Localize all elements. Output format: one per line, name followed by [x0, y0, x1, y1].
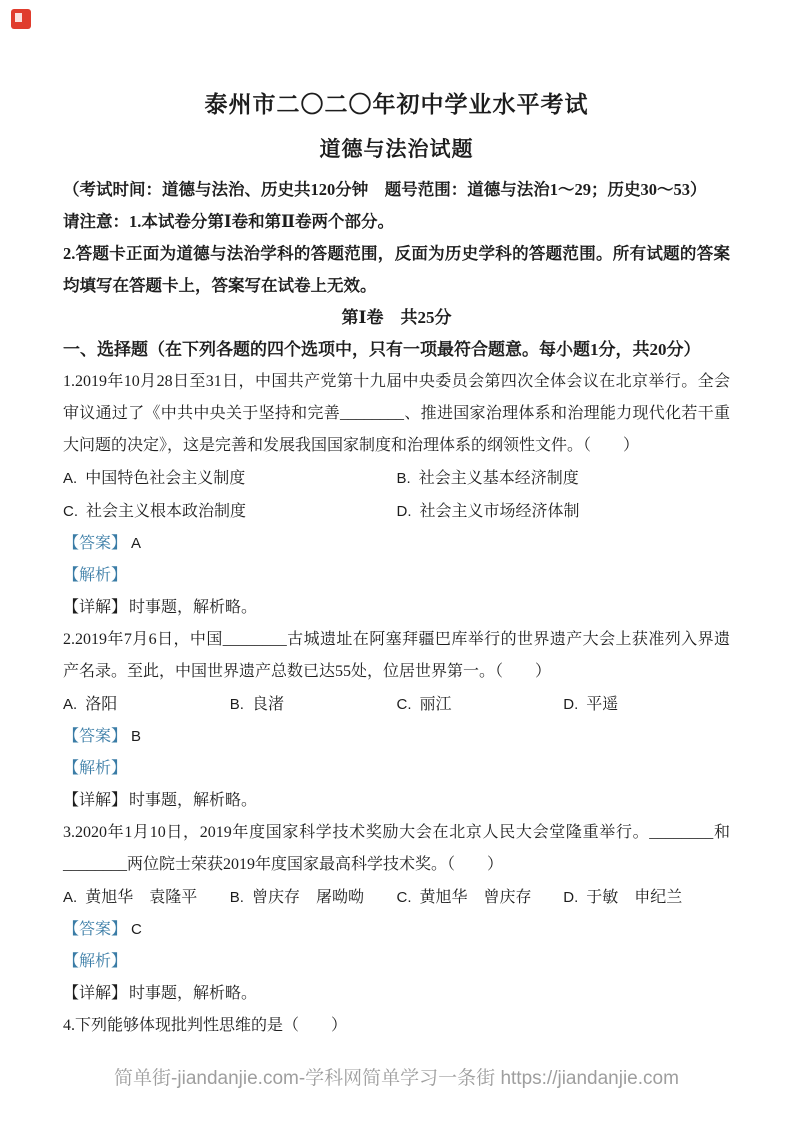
site-watermark: 简单街-jiandanjie.com-学科网简单学习一条街 https://ji…: [0, 1064, 793, 1094]
option-b: B.曾庆存 屠呦呦: [230, 881, 397, 914]
analysis-line: 【解析】: [63, 946, 730, 978]
answer-label: 【答案】: [63, 728, 127, 745]
answer-value: C: [131, 921, 142, 938]
detail-line: 【详解】时事题，解析略。: [63, 978, 730, 1010]
option-label: D.: [563, 881, 578, 914]
option-text: 社会主义基本经济制度: [419, 470, 579, 487]
page-subtitle: 道德与法治试题: [63, 130, 730, 168]
option-label: C.: [397, 688, 412, 721]
option-label: A.: [63, 881, 77, 914]
option-text: 洛阳: [85, 696, 117, 713]
option-label: A.: [63, 688, 77, 721]
option-c: C.黄旭华 曾庆存: [397, 881, 564, 914]
document-content: 泰州市二〇二〇年初中学业水平考试 道德与法治试题 （考试时间：道德与法治、历史共…: [0, 0, 793, 1042]
option-text: 良渚: [252, 696, 284, 713]
options-grid: A.黄旭华 袁隆平 B.曾庆存 屠呦呦 C.黄旭华 曾庆存 D.于敏 申纪兰: [63, 881, 730, 914]
option-label: A.: [63, 462, 77, 495]
option-text: 黄旭华 曾庆存: [420, 889, 532, 906]
option-label: B.: [230, 881, 244, 914]
option-text: 曾庆存 屠呦呦: [252, 889, 364, 906]
exam-info-line: （考试时间：道德与法治、历史共120分钟 题号范围：道德与法治1～29；历史30…: [63, 174, 730, 206]
answer-line: 【答案】C: [63, 914, 730, 946]
options-grid: A.中国特色社会主义制度 B.社会主义基本经济制度 C.社会主义根本政治制度 D…: [63, 462, 730, 528]
detail-label: 【详解】: [63, 985, 127, 1002]
option-text: 社会主义市场经济体制: [420, 503, 580, 520]
option-d: D.平遥: [563, 688, 730, 721]
detail-label: 【详解】: [63, 599, 127, 616]
question-block-3: 3.2020年1月10日，2019年度国家科学技术奖励大会在北京人民大会堂隆重举…: [63, 817, 730, 1010]
option-b: B.社会主义基本经济制度: [397, 462, 731, 495]
option-b: B.良渚: [230, 688, 397, 721]
notice-line-2: 2.答题卡正面为道德与法治学科的答题范围，反面为历史学科的答题范围。所有试题的答…: [63, 238, 730, 302]
option-text: 中国特色社会主义制度: [85, 470, 245, 487]
detail-line: 【详解】时事题，解析略。: [63, 592, 730, 624]
option-label: C.: [63, 495, 78, 528]
answer-label: 【答案】: [63, 921, 127, 938]
section-heading: 一、选择题（在下列各题的四个选项中，只有一项最符合题意。每小题1分，共20分）: [63, 334, 730, 366]
option-a: A.洛阳: [63, 688, 230, 721]
answer-value: B: [131, 728, 141, 745]
question-block-1: 1.2019年10月28日至31日，中国共产党第十九届中央委员会第四次全体会议在…: [63, 366, 730, 624]
option-a: A.黄旭华 袁隆平: [63, 881, 230, 914]
question-text: 1.2019年10月28日至31日，中国共产党第十九届中央委员会第四次全体会议在…: [63, 366, 730, 462]
detail-text: 时事题，解析略。: [129, 792, 257, 809]
red-stamp-icon: [11, 9, 31, 29]
analysis-line: 【解析】: [63, 753, 730, 785]
answer-line: 【答案】B: [63, 721, 730, 753]
analysis-label: 【解析】: [63, 567, 127, 584]
options-grid: A.洛阳 B.良渚 C.丽江 D.平遥: [63, 688, 730, 721]
option-text: 黄旭华 袁隆平: [85, 889, 197, 906]
page-title: 泰州市二〇二〇年初中学业水平考试: [63, 86, 730, 124]
option-text: 社会主义根本政治制度: [86, 503, 246, 520]
answer-label: 【答案】: [63, 535, 127, 552]
option-label: D.: [397, 495, 412, 528]
answer-line: 【答案】A: [63, 528, 730, 560]
option-label: B.: [230, 688, 244, 721]
question-text: 2.2019年7月6日，中国________古城遗址在阿塞拜疆巴库举行的世界遗产…: [63, 624, 730, 688]
notice-line-1: 请注意：1.本试卷分第Ⅰ卷和第Ⅱ卷两个部分。: [63, 206, 730, 238]
volume-heading: 第Ⅰ卷 共25分: [63, 302, 730, 334]
option-label: B.: [397, 462, 411, 495]
detail-text: 时事题，解析略。: [129, 599, 257, 616]
exam-document-page: 泰州市二〇二〇年初中学业水平考试 道德与法治试题 （考试时间：道德与法治、历史共…: [0, 0, 793, 1122]
option-label: D.: [563, 688, 578, 721]
option-label: C.: [397, 881, 412, 914]
option-c: C.丽江: [397, 688, 564, 721]
detail-text: 时事题，解析略。: [129, 985, 257, 1002]
analysis-label: 【解析】: [63, 760, 127, 777]
question-text: 3.2020年1月10日，2019年度国家科学技术奖励大会在北京人民大会堂隆重举…: [63, 817, 730, 881]
option-d: D.于敏 申纪兰: [563, 881, 730, 914]
question-block-4: 4.下列能够体现批判性思维的是（ ）: [63, 1010, 730, 1042]
answer-value: A: [131, 535, 141, 552]
option-text: 丽江: [420, 696, 452, 713]
option-a: A.中国特色社会主义制度: [63, 462, 397, 495]
question-block-2: 2.2019年7月6日，中国________古城遗址在阿塞拜疆巴库举行的世界遗产…: [63, 624, 730, 817]
analysis-line: 【解析】: [63, 560, 730, 592]
option-text: 平遥: [586, 696, 618, 713]
detail-line: 【详解】时事题，解析略。: [63, 785, 730, 817]
detail-label: 【详解】: [63, 792, 127, 809]
option-text: 于敏 申纪兰: [586, 889, 682, 906]
option-d: D.社会主义市场经济体制: [397, 495, 731, 528]
option-c: C.社会主义根本政治制度: [63, 495, 397, 528]
analysis-label: 【解析】: [63, 953, 127, 970]
